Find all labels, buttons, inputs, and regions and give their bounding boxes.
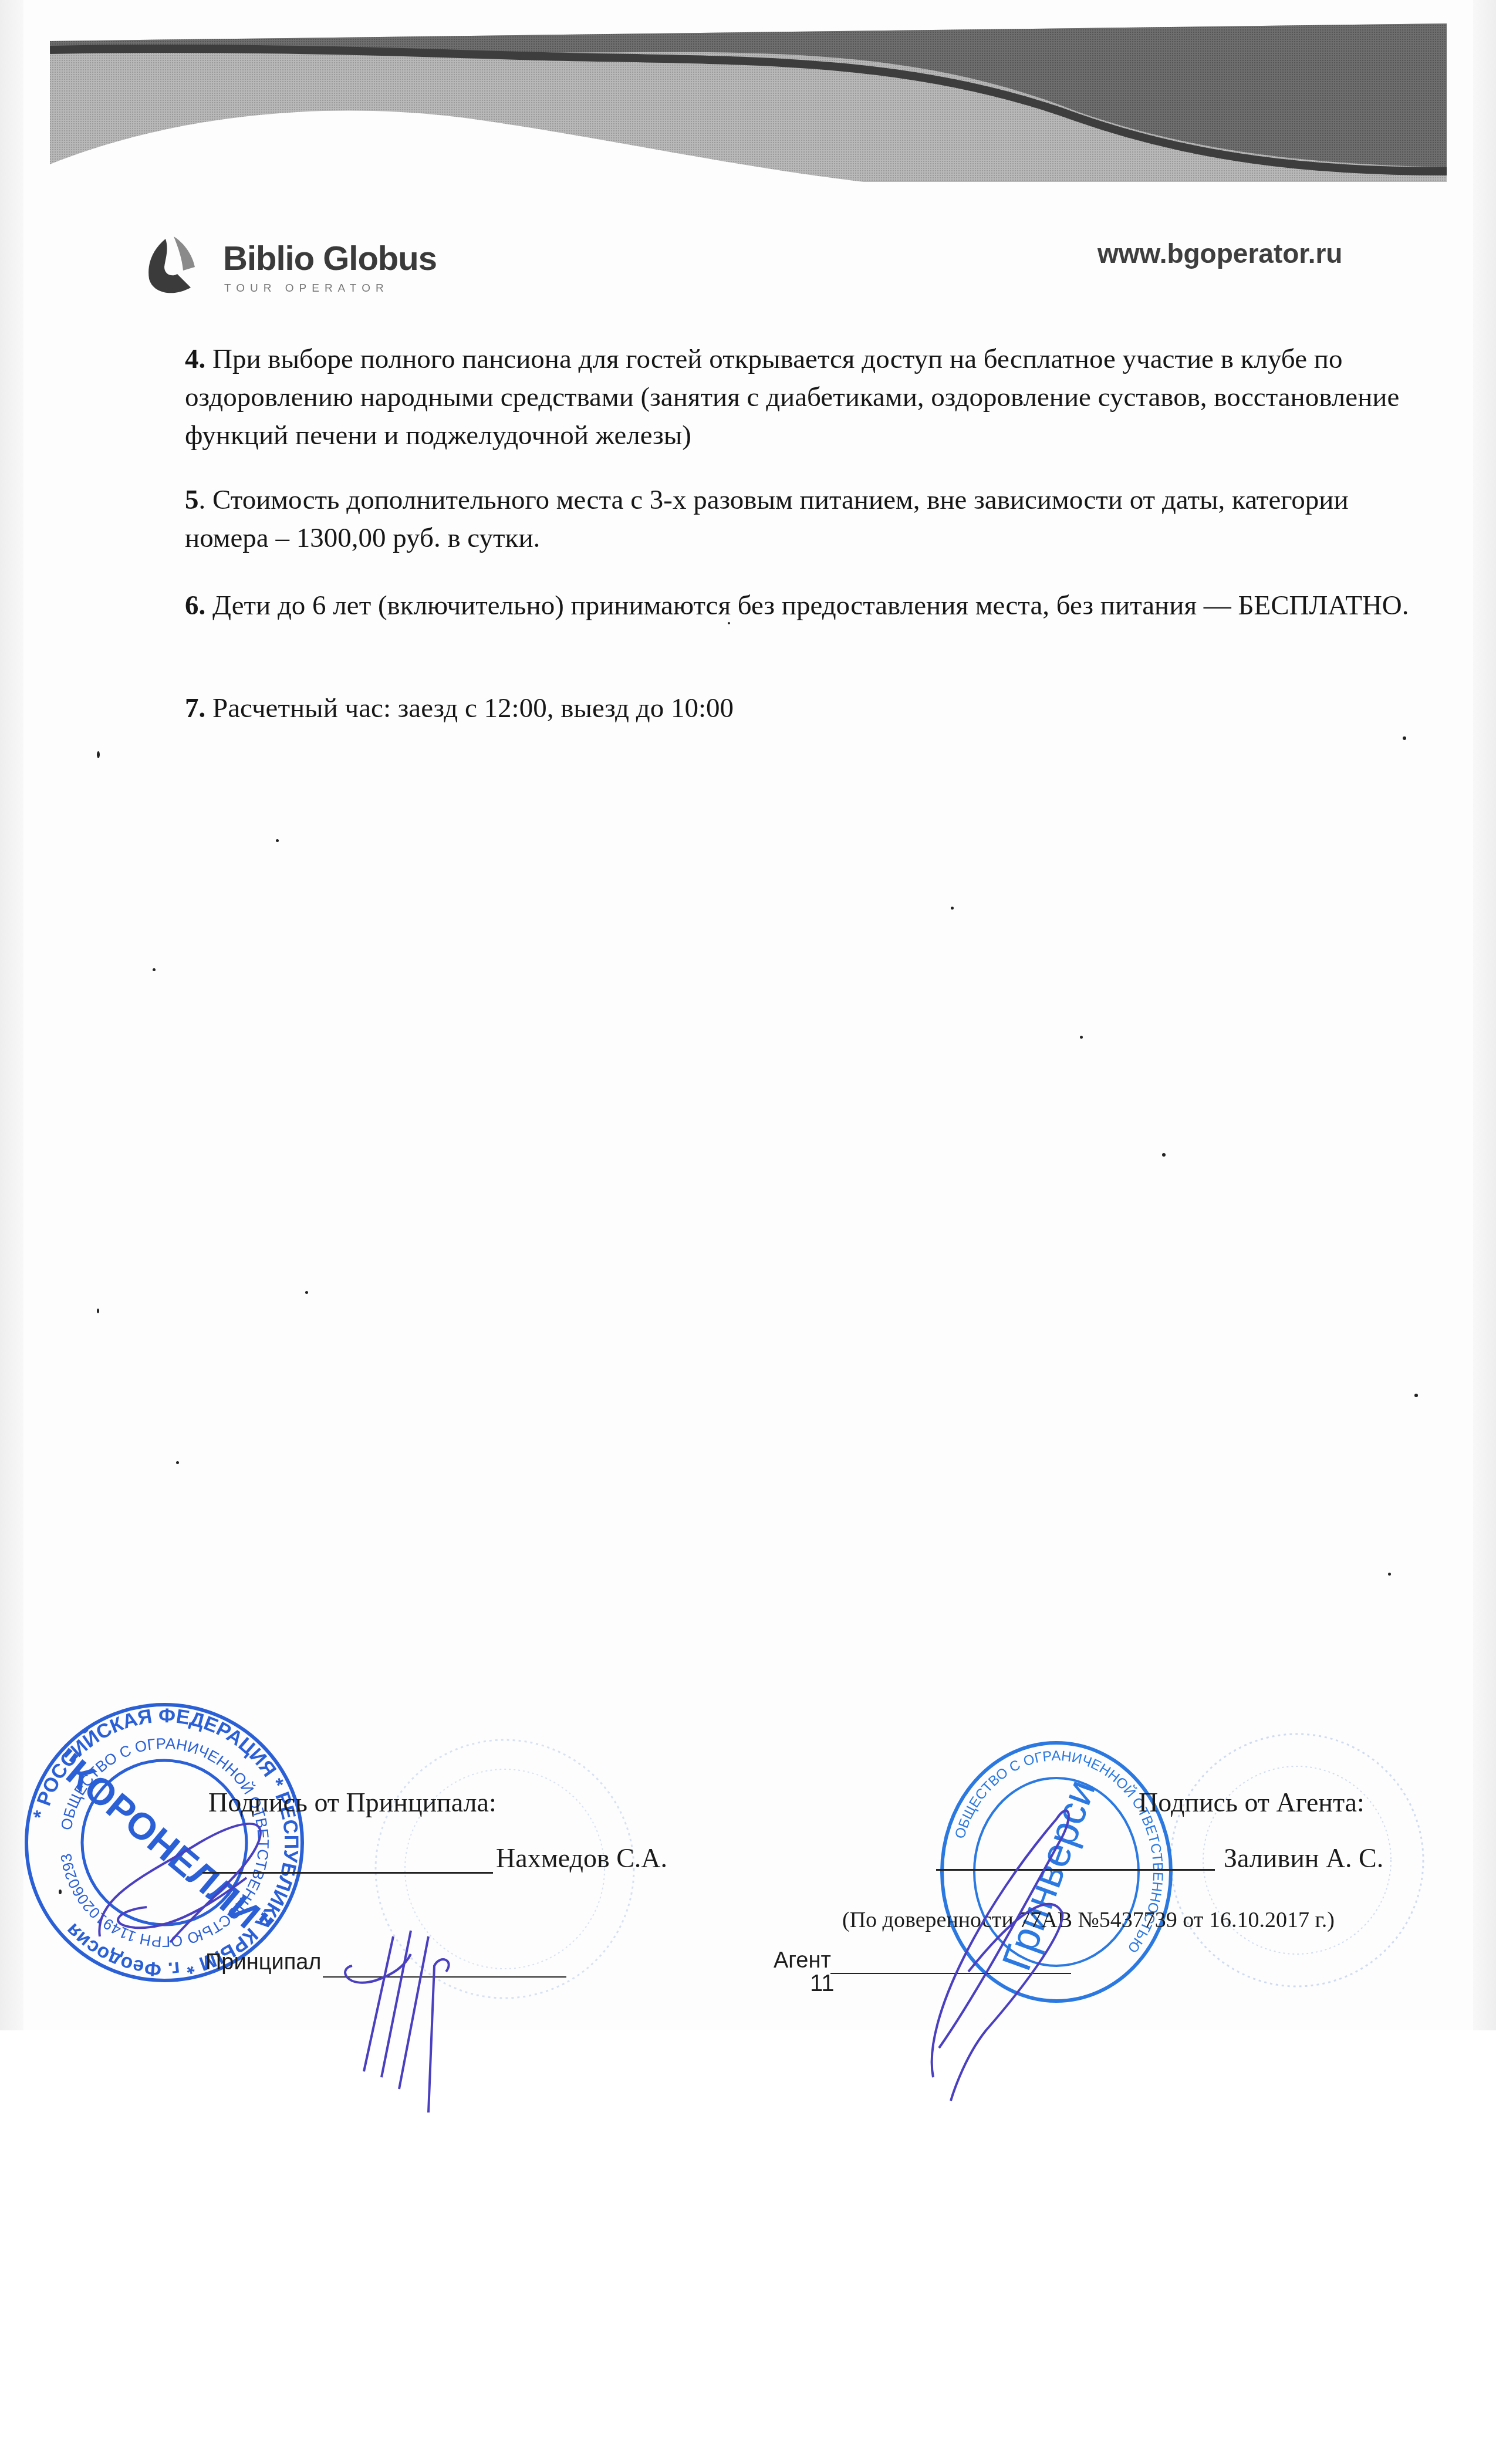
scan-speck xyxy=(276,839,279,842)
agent-signature-heading: Подпись от Агента: xyxy=(1139,1787,1365,1818)
clause-5: 5. Стоимость дополнительного места с 3-х… xyxy=(185,481,1435,557)
scan-speck xyxy=(305,1291,308,1294)
scan-speck xyxy=(1414,1394,1418,1397)
biblio-globus-logo: Biblio Globus TOUR OPERATOR xyxy=(141,232,470,302)
page-number: 11 xyxy=(810,1970,835,1997)
principal-handwritten-signature xyxy=(82,1790,352,1983)
scan-speck xyxy=(1080,1036,1083,1039)
clause-7: 7. Расчетный час: заезд с 12:00, выезд д… xyxy=(185,689,1435,728)
scan-speck xyxy=(97,751,100,758)
clause-number: 6. xyxy=(185,590,205,621)
clause-text: Дети до 6 лет (включительно) принимаются… xyxy=(212,590,1409,621)
agent-handwritten-signature xyxy=(916,1796,1139,2107)
scan-speck xyxy=(97,1309,99,1313)
clause-number: 5 xyxy=(185,485,199,515)
scan-speck xyxy=(951,907,954,910)
principal-name: Нахмедов С.А. xyxy=(496,1843,667,1874)
scan-speck xyxy=(1403,736,1406,740)
agent-footer-label: Агент xyxy=(774,1948,831,1973)
scan-speck xyxy=(59,1890,62,1894)
scan-speck xyxy=(153,968,156,971)
website-url[interactable]: www.bgoperator.ru xyxy=(1097,238,1342,269)
scan-speck xyxy=(176,1461,179,1464)
clause-6: 6. Дети до 6 лет (включительно) принимаю… xyxy=(185,587,1435,625)
brand-name: Biblio Globus xyxy=(223,239,437,278)
scan-speck xyxy=(1388,1573,1391,1576)
clause-text: . Стоимость дополнительного места с 3-х … xyxy=(185,485,1349,553)
clause-text: Расчетный час: заезд с 12:00, выезд до 1… xyxy=(212,693,734,724)
clause-text: При выборе полного пансиона для гостей о… xyxy=(185,344,1399,451)
scan-speck xyxy=(1162,1153,1166,1157)
globe-logo-icon xyxy=(141,232,211,302)
clause-4: 4. При выборе полного пансиона для госте… xyxy=(185,340,1435,455)
scan-speck xyxy=(728,622,730,624)
header-wave-banner xyxy=(50,18,1447,194)
principal-initials-signature xyxy=(340,1925,481,2124)
agent-name: Заливин А. С. xyxy=(1224,1843,1383,1874)
clause-number: 7. xyxy=(185,693,205,724)
scan-edge-right xyxy=(1473,0,1496,2030)
clause-number: 4. xyxy=(185,344,205,374)
brand-tagline: TOUR OPERATOR xyxy=(224,282,389,295)
